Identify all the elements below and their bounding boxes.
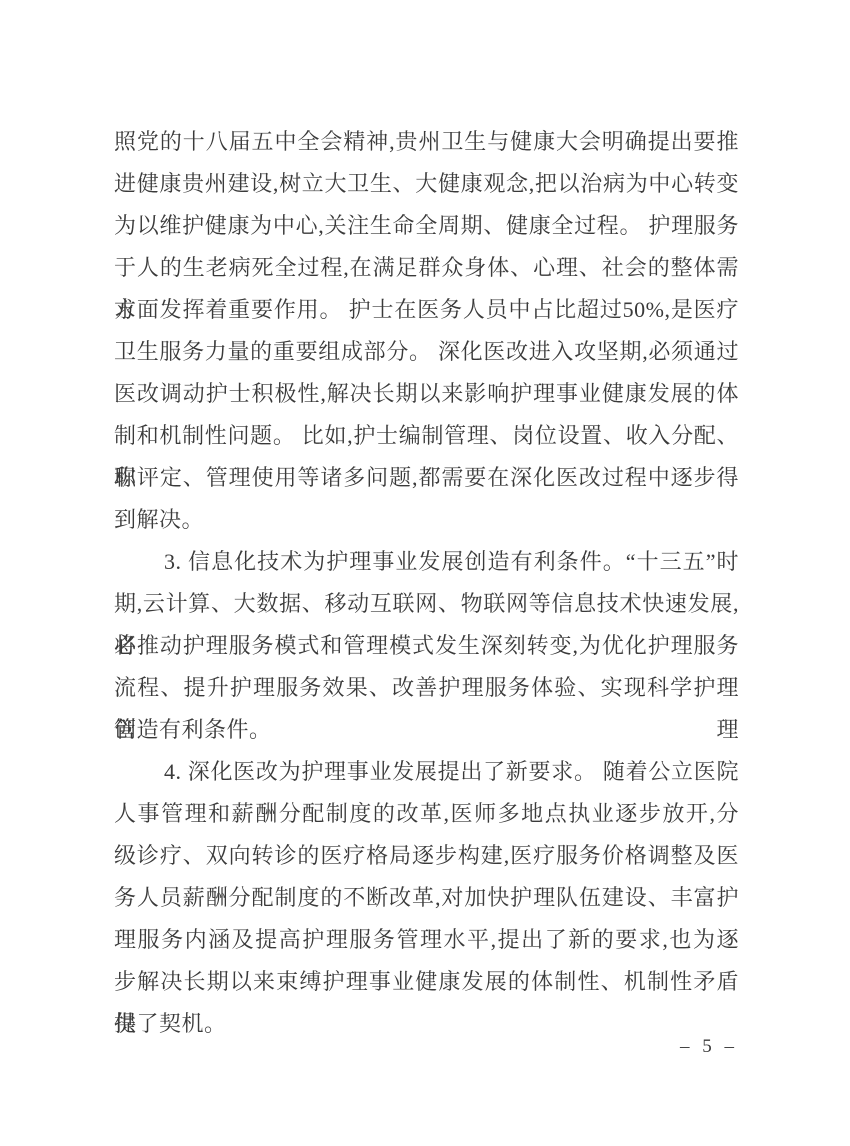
text-line: 将推动护理服务模式和管理模式发生深刻转变,为优化护理服务: [114, 625, 739, 667]
document-body: 照党的十八届五中全会精神,贵州卫生与健康大会明确提出要推 进健康贵州建设,树立大…: [114, 121, 739, 1045]
text-line: 人事管理和薪酬分配制度的改革,医师多地点执业逐步放开,分: [114, 793, 739, 835]
text-line: 级诊疗、双向转诊的医疗格局逐步构建,医疗服务价格调整及医: [114, 835, 739, 877]
text-line: 医改调动护士积极性,解决长期以来影响护理事业健康发展的体: [114, 373, 739, 415]
document-page: 照党的十八届五中全会精神,贵州卫生与健康大会明确提出要推 进健康贵州建设,树立大…: [0, 0, 850, 1146]
text-line: 制和机制性问题。 比如,护士编制管理、岗位设置、收入分配、职: [114, 415, 739, 457]
text-line: 理服务内涵及提高护理服务管理水平,提出了新的要求,也为逐: [114, 919, 739, 961]
text-line: 流程、提升护理服务效果、改善护理服务体验、实现科学护理管理: [114, 667, 739, 709]
page-number: – 5 –: [680, 1036, 738, 1058]
text-line: 于人的生老病死全过程,在满足群众身体、心理、社会的整体需求: [114, 247, 739, 289]
text-line: 务人员薪酬分配制度的不断改革,对加快护理队伍建设、丰富护: [114, 877, 739, 919]
text-line: 期,云计算、大数据、移动互联网、物联网等信息技术快速发展,必: [114, 583, 739, 625]
text-line: 称评定、管理使用等诸多问题,都需要在深化医改过程中逐步得: [114, 457, 739, 499]
text-line-section-3-start: 3. 信息化技术为护理事业发展创造有利条件。“十三五”时: [114, 541, 739, 583]
text-line: 照党的十八届五中全会精神,贵州卫生与健康大会明确提出要推: [114, 121, 739, 163]
text-line-paragraph-end: 供了契机。: [114, 1003, 739, 1045]
text-line: 步解决长期以来束缚护理事业健康发展的体制性、机制性矛盾提: [114, 961, 739, 1003]
text-line: 为以维护健康为中心,关注生命全周期、健康全过程。 护理服务: [114, 205, 739, 247]
text-line-section-4-start: 4. 深化医改为护理事业发展提出了新要求。 随着公立医院: [114, 751, 739, 793]
text-line: 进健康贵州建设,树立大卫生、大健康观念,把以治病为中心转变: [114, 163, 739, 205]
text-line: 卫生服务力量的重要组成部分。 深化医改进入攻坚期,必须通过: [114, 331, 739, 373]
text-line: 方面发挥着重要作用。 护士在医务人员中占比超过50%,是医疗: [114, 289, 739, 331]
text-line-paragraph-end: 到解决。: [114, 499, 739, 541]
